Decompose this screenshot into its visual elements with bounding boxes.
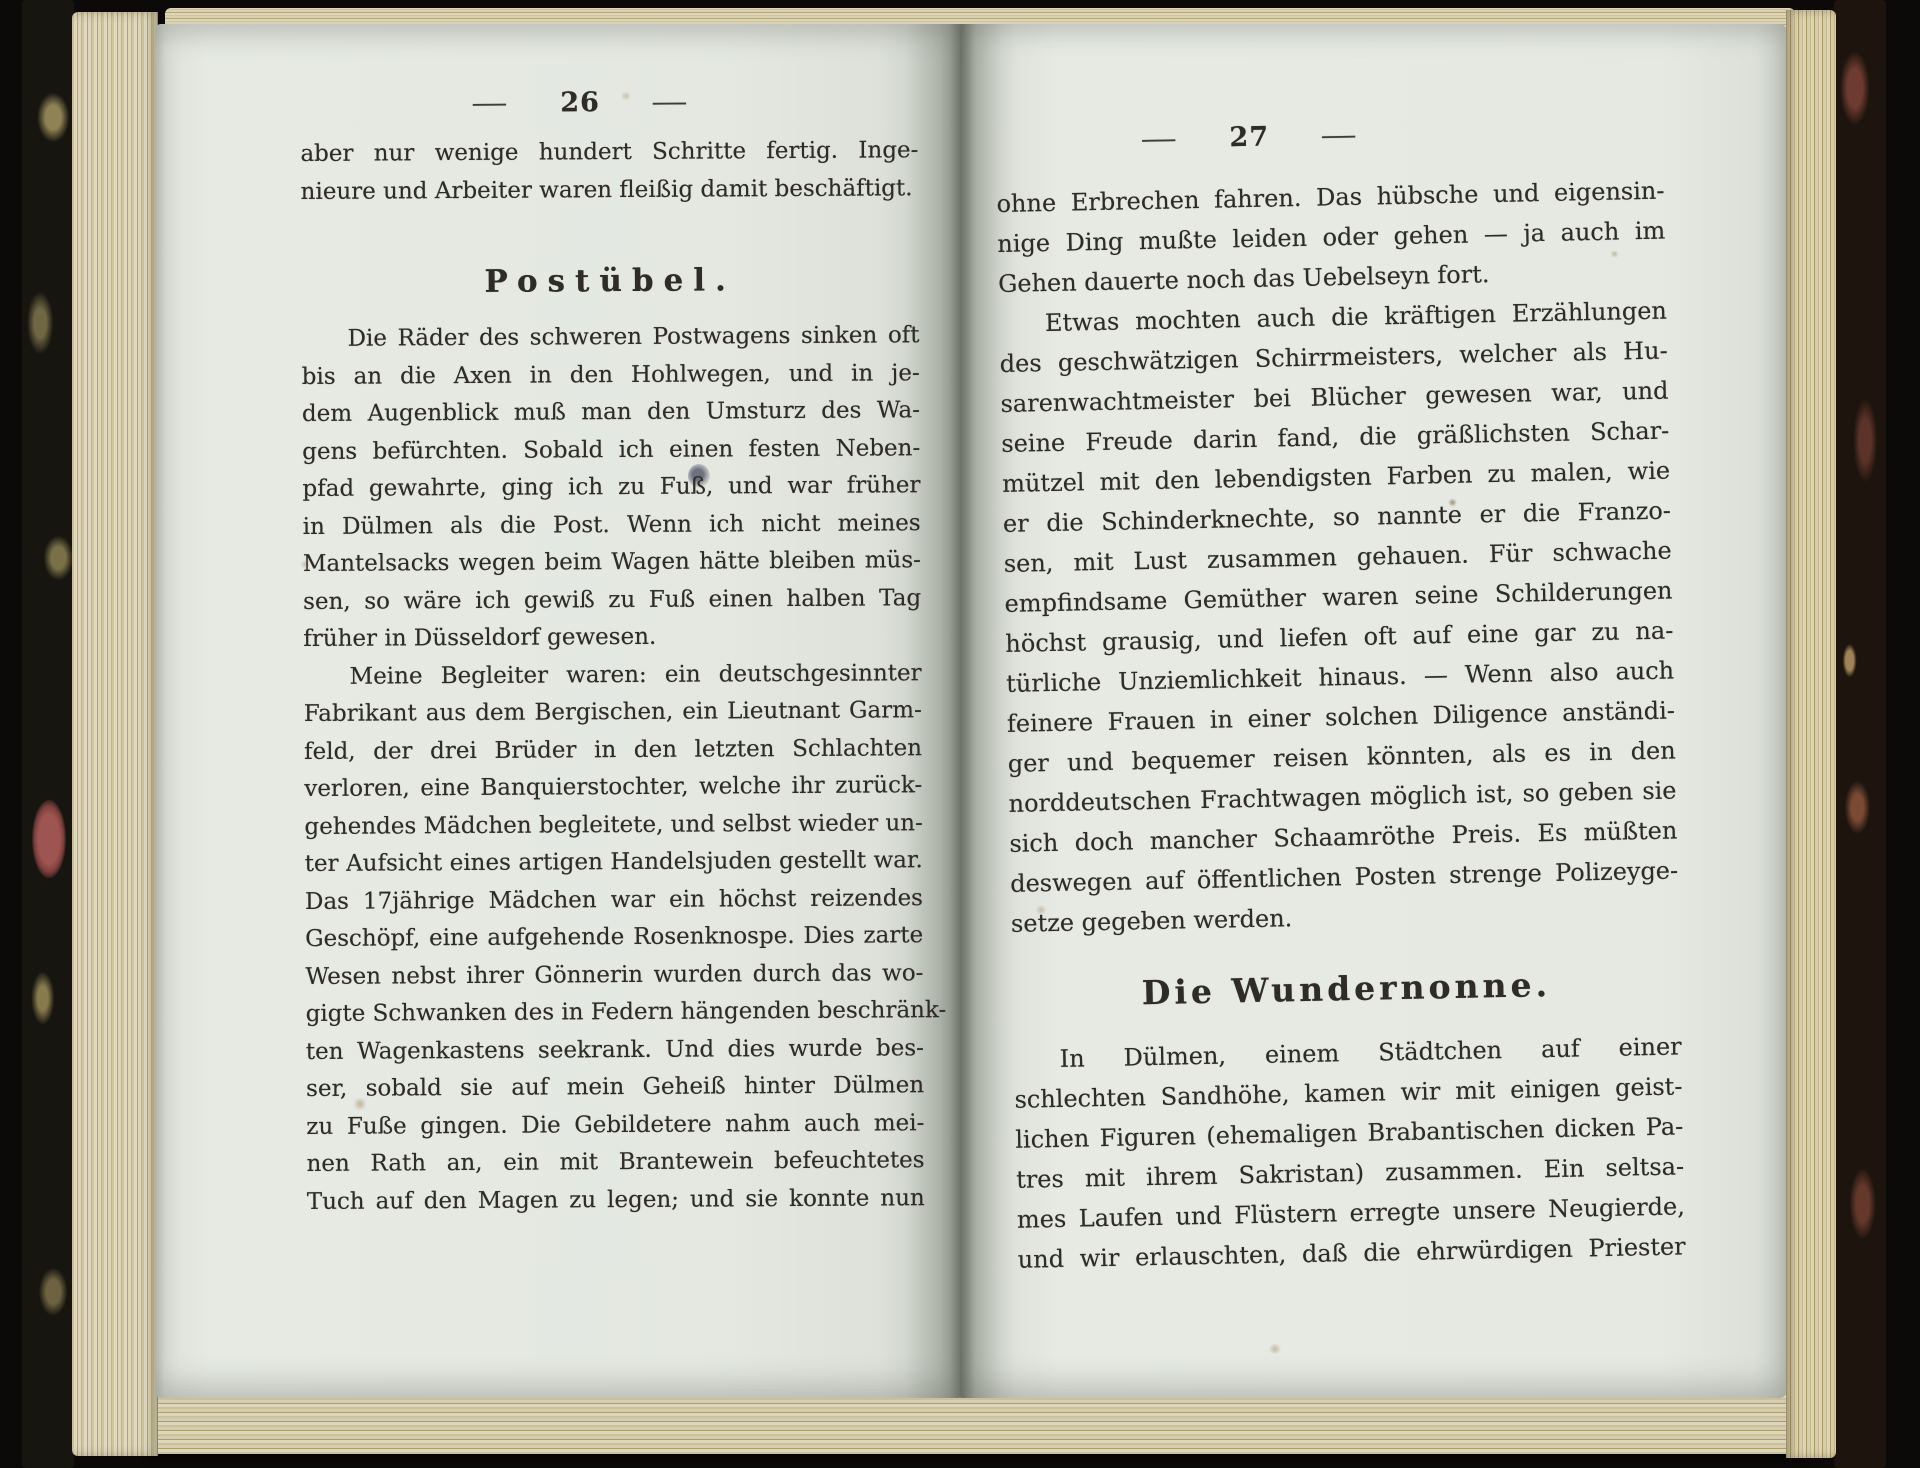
page-26-header: — 26 — — [300, 85, 860, 122]
postuebel-continuation: ohne Erbrechen fahren. Das hübsche und e… — [996, 171, 1679, 944]
page-26-text: — 26 — aber nur wenige hundert Schritte … — [300, 84, 925, 1221]
text-line: ser, sobald sie auf mein Geheiß hinter D… — [306, 1067, 924, 1108]
text-line: feld, der drei Brüder in den letzten Sch… — [304, 730, 922, 771]
text-line: Das 17jährige Mädchen war ein höchst rei… — [305, 880, 923, 921]
section-heading-wundernonne: Die Wundernonne. — [1012, 958, 1681, 1019]
text-line: gigte Schwanken des in Federn hängenden … — [306, 992, 924, 1033]
text-line: früher in Düsseldorf gewesen. — [303, 617, 921, 658]
fore-edge-left — [72, 12, 158, 1456]
fore-edge-right — [1786, 10, 1836, 1458]
header-dash: — — [471, 85, 509, 123]
text-line: bis an die Axen in den Hohlwegen, und in… — [302, 355, 920, 396]
text-line: ten Wagenkastens seekrank. Und dies wurd… — [306, 1030, 924, 1071]
text-line: in Dülmen als die Post. Wenn ich nicht m… — [303, 505, 921, 546]
marbled-cover-left — [22, 0, 74, 1468]
page-edge-bottom — [150, 1392, 1805, 1454]
text-line: Meine Begleiter waren: ein deutschgesinn… — [303, 655, 921, 696]
page-number-26: 26 — [560, 84, 600, 122]
text-line: aber nur wenige hundert Schritte fertig.… — [300, 132, 918, 173]
header-dash: — — [651, 84, 689, 122]
text-line: Geschöpf, eine aufgehende Rosenknospe. D… — [305, 917, 923, 958]
wundernonne-paragraph: In Dülmen, einem Städtchen auf einerschl… — [1013, 1026, 1686, 1279]
postuebel-paragraphs: Die Räder des schweren Postwagens sinken… — [301, 317, 924, 1221]
text-line: zu Fuße gingen. Die Gebildetere nahm auc… — [306, 1105, 924, 1146]
header-dash: — — [1140, 119, 1179, 160]
text-line: Die Räder des schweren Postwagens sinken… — [301, 317, 919, 358]
text-line: gehendes Mädchen begleitete, und selbst … — [304, 805, 922, 846]
page-27-text: — 27 — ohne Erbrechen fahren. Das hübsch… — [995, 113, 1686, 1280]
fox-stain — [1268, 1344, 1282, 1354]
text-line: pfad gewahrte, ging ich zu Fuß, und war … — [302, 467, 920, 508]
photograph-background: — 26 — aber nur wenige hundert Schritte … — [0, 0, 1920, 1468]
text-line: nen Rath an, ein mit Brantewein befeucht… — [306, 1142, 924, 1183]
text-line: dem Augenblick muß man den Umsturz des W… — [302, 392, 920, 433]
text-line: verloren, eine Banquierstochter, welche … — [304, 767, 922, 808]
text-line: Fabrikant aus dem Bergischen, ein Lieutn… — [304, 692, 922, 733]
text-line: gens befürchten. Sobald ich einen festen… — [302, 430, 920, 471]
page-number-27: 27 — [1229, 118, 1269, 159]
text-line: sen, so wäre ich gewiß zu Fuß einen halb… — [303, 580, 921, 621]
header-dash: — — [1320, 116, 1359, 157]
text-line: Mantelsacks wegen beim Wagen hätte bleib… — [303, 542, 921, 583]
text-line: Wesen nebst ihrer Gönnerin wurden durch … — [305, 955, 923, 996]
marbled-cover-right — [1834, 0, 1886, 1468]
text-line: ter Aufsicht eines artigen Handelsjuden … — [305, 842, 923, 883]
text-line: Tuch auf den Magen zu legen; und sie kon… — [307, 1180, 925, 1221]
section-heading-postuebel: Postübel. — [301, 257, 919, 305]
marble-red-spot — [32, 800, 66, 878]
intro-paragraph: aber nur wenige hundert Schritte fertig.… — [300, 132, 918, 211]
text-line: nieure und Arbeiter waren fleißig damit … — [301, 170, 919, 211]
